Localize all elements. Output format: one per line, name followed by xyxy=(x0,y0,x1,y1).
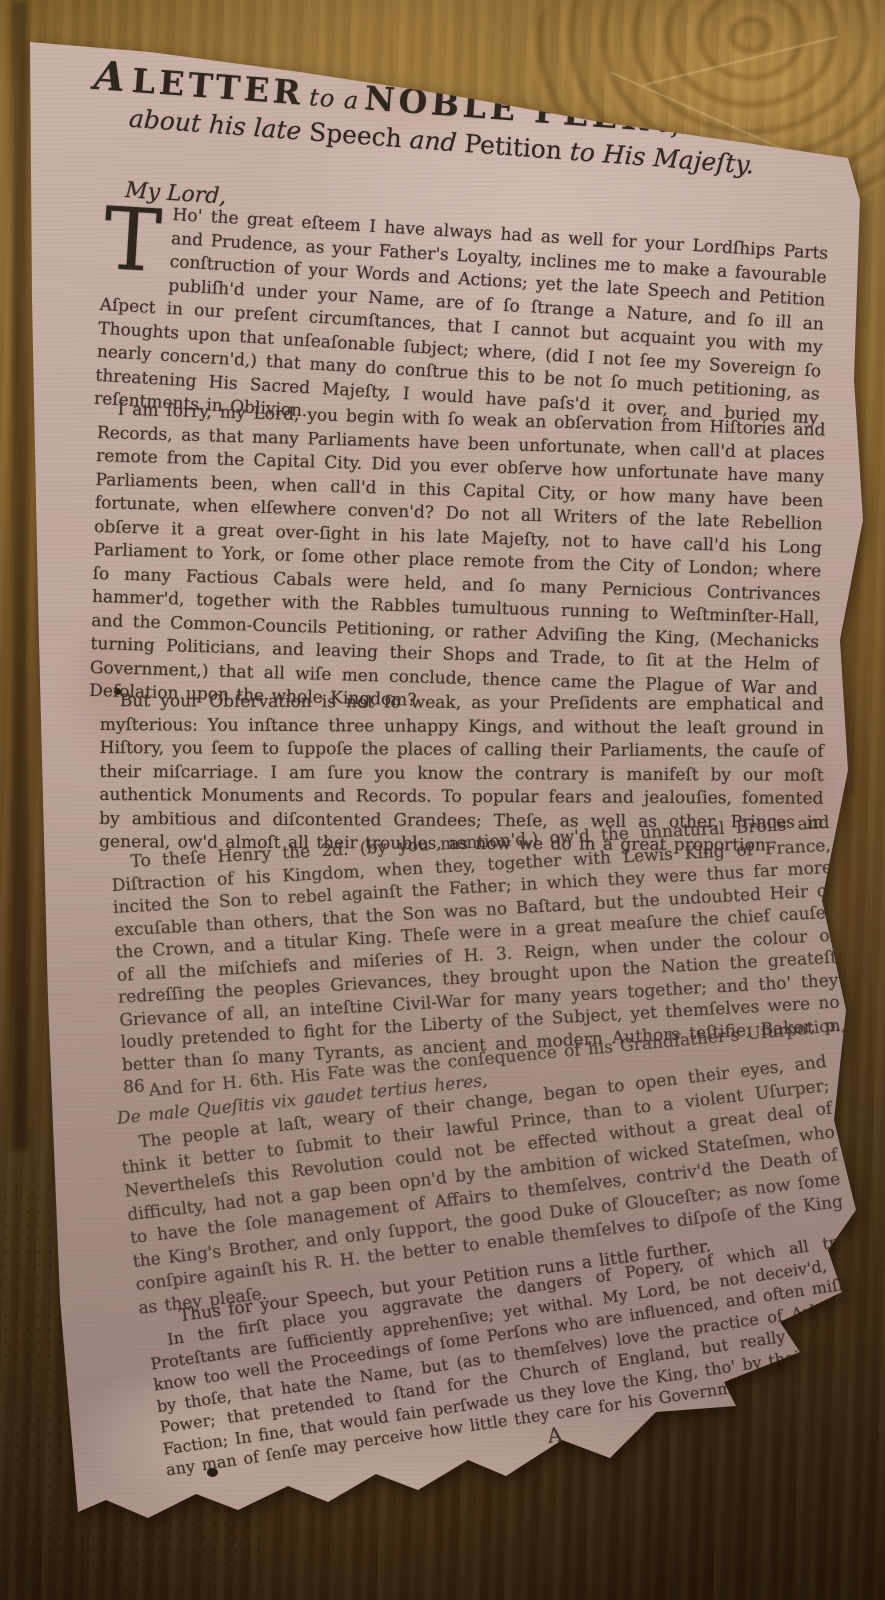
pamphlet-page: A LETTER to a NOBLE PEER of the REALM, a… xyxy=(22,36,885,1548)
catchword: You xyxy=(794,1337,829,1362)
title-segment: A xyxy=(92,52,128,101)
subtitle-segment: and xyxy=(409,125,466,158)
photo-scene: A LETTER to a NOBLE PEER of the REALM, a… xyxy=(0,0,885,1600)
paragraph-text: Ho' the great eſteem I have always had a… xyxy=(94,205,829,428)
drop-cap-initial: T xyxy=(102,200,174,278)
pamphlet-shadow-wrap: A LETTER to a NOBLE PEER of the REALM, a… xyxy=(0,0,885,1600)
title-segment: to a xyxy=(308,83,360,115)
title-segment: of the xyxy=(657,109,735,143)
body-paragraph: I am ſorry, my Lord, you begin with ſo w… xyxy=(89,398,826,725)
